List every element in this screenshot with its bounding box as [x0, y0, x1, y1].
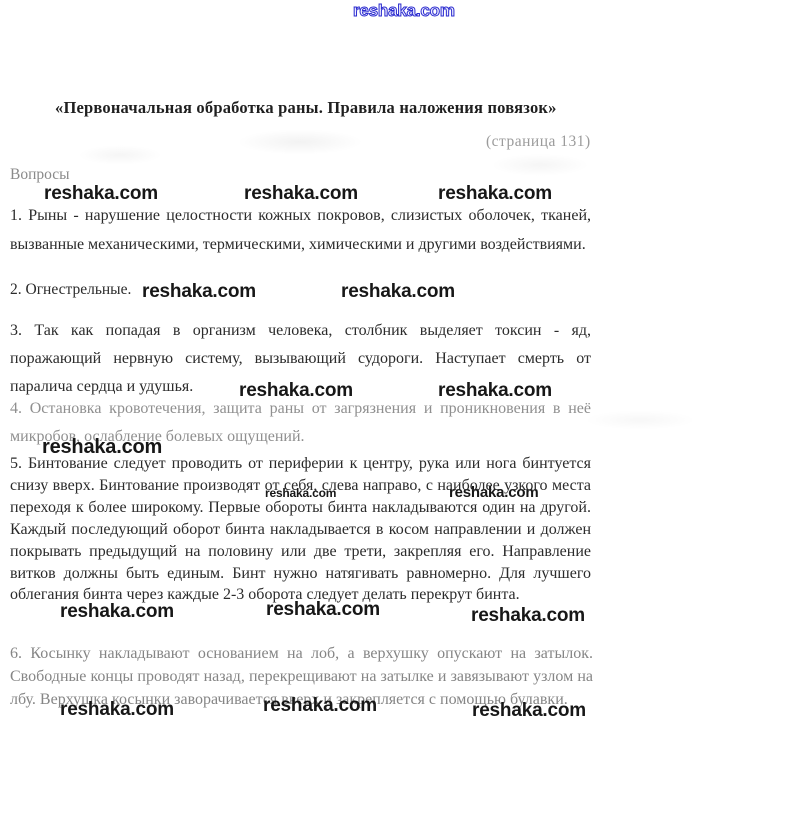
page-reference: (страница 131) — [486, 133, 591, 151]
watermark: reshaka.com — [60, 699, 174, 721]
answer-paragraph-5: 5. Бинтование следует проводить от периф… — [10, 453, 591, 606]
watermark: reshaka.com — [142, 281, 256, 303]
watermark: reshaka.com — [60, 601, 174, 623]
watermark: reshaka.com — [263, 695, 377, 717]
answer-paragraph-1: 1. Рыны - нарушение целостности кожных п… — [10, 202, 591, 259]
document-title: «Первоначальная обработка раны. Правила … — [55, 98, 557, 118]
watermark: reshaka.com — [266, 599, 380, 621]
answer-paragraph-2: 2. Огнестрельные. — [10, 281, 591, 299]
watermark: reshaka.com — [341, 281, 455, 303]
scanned-document-page: reshaka.com «Первоначальная обработка ра… — [0, 0, 812, 822]
watermark: reshaka.com — [471, 605, 585, 627]
watermark: reshaka.com — [472, 700, 586, 722]
watermark-top-blue: reshaka.com — [353, 1, 455, 21]
section-label-questions: Вопросы — [10, 166, 70, 184]
